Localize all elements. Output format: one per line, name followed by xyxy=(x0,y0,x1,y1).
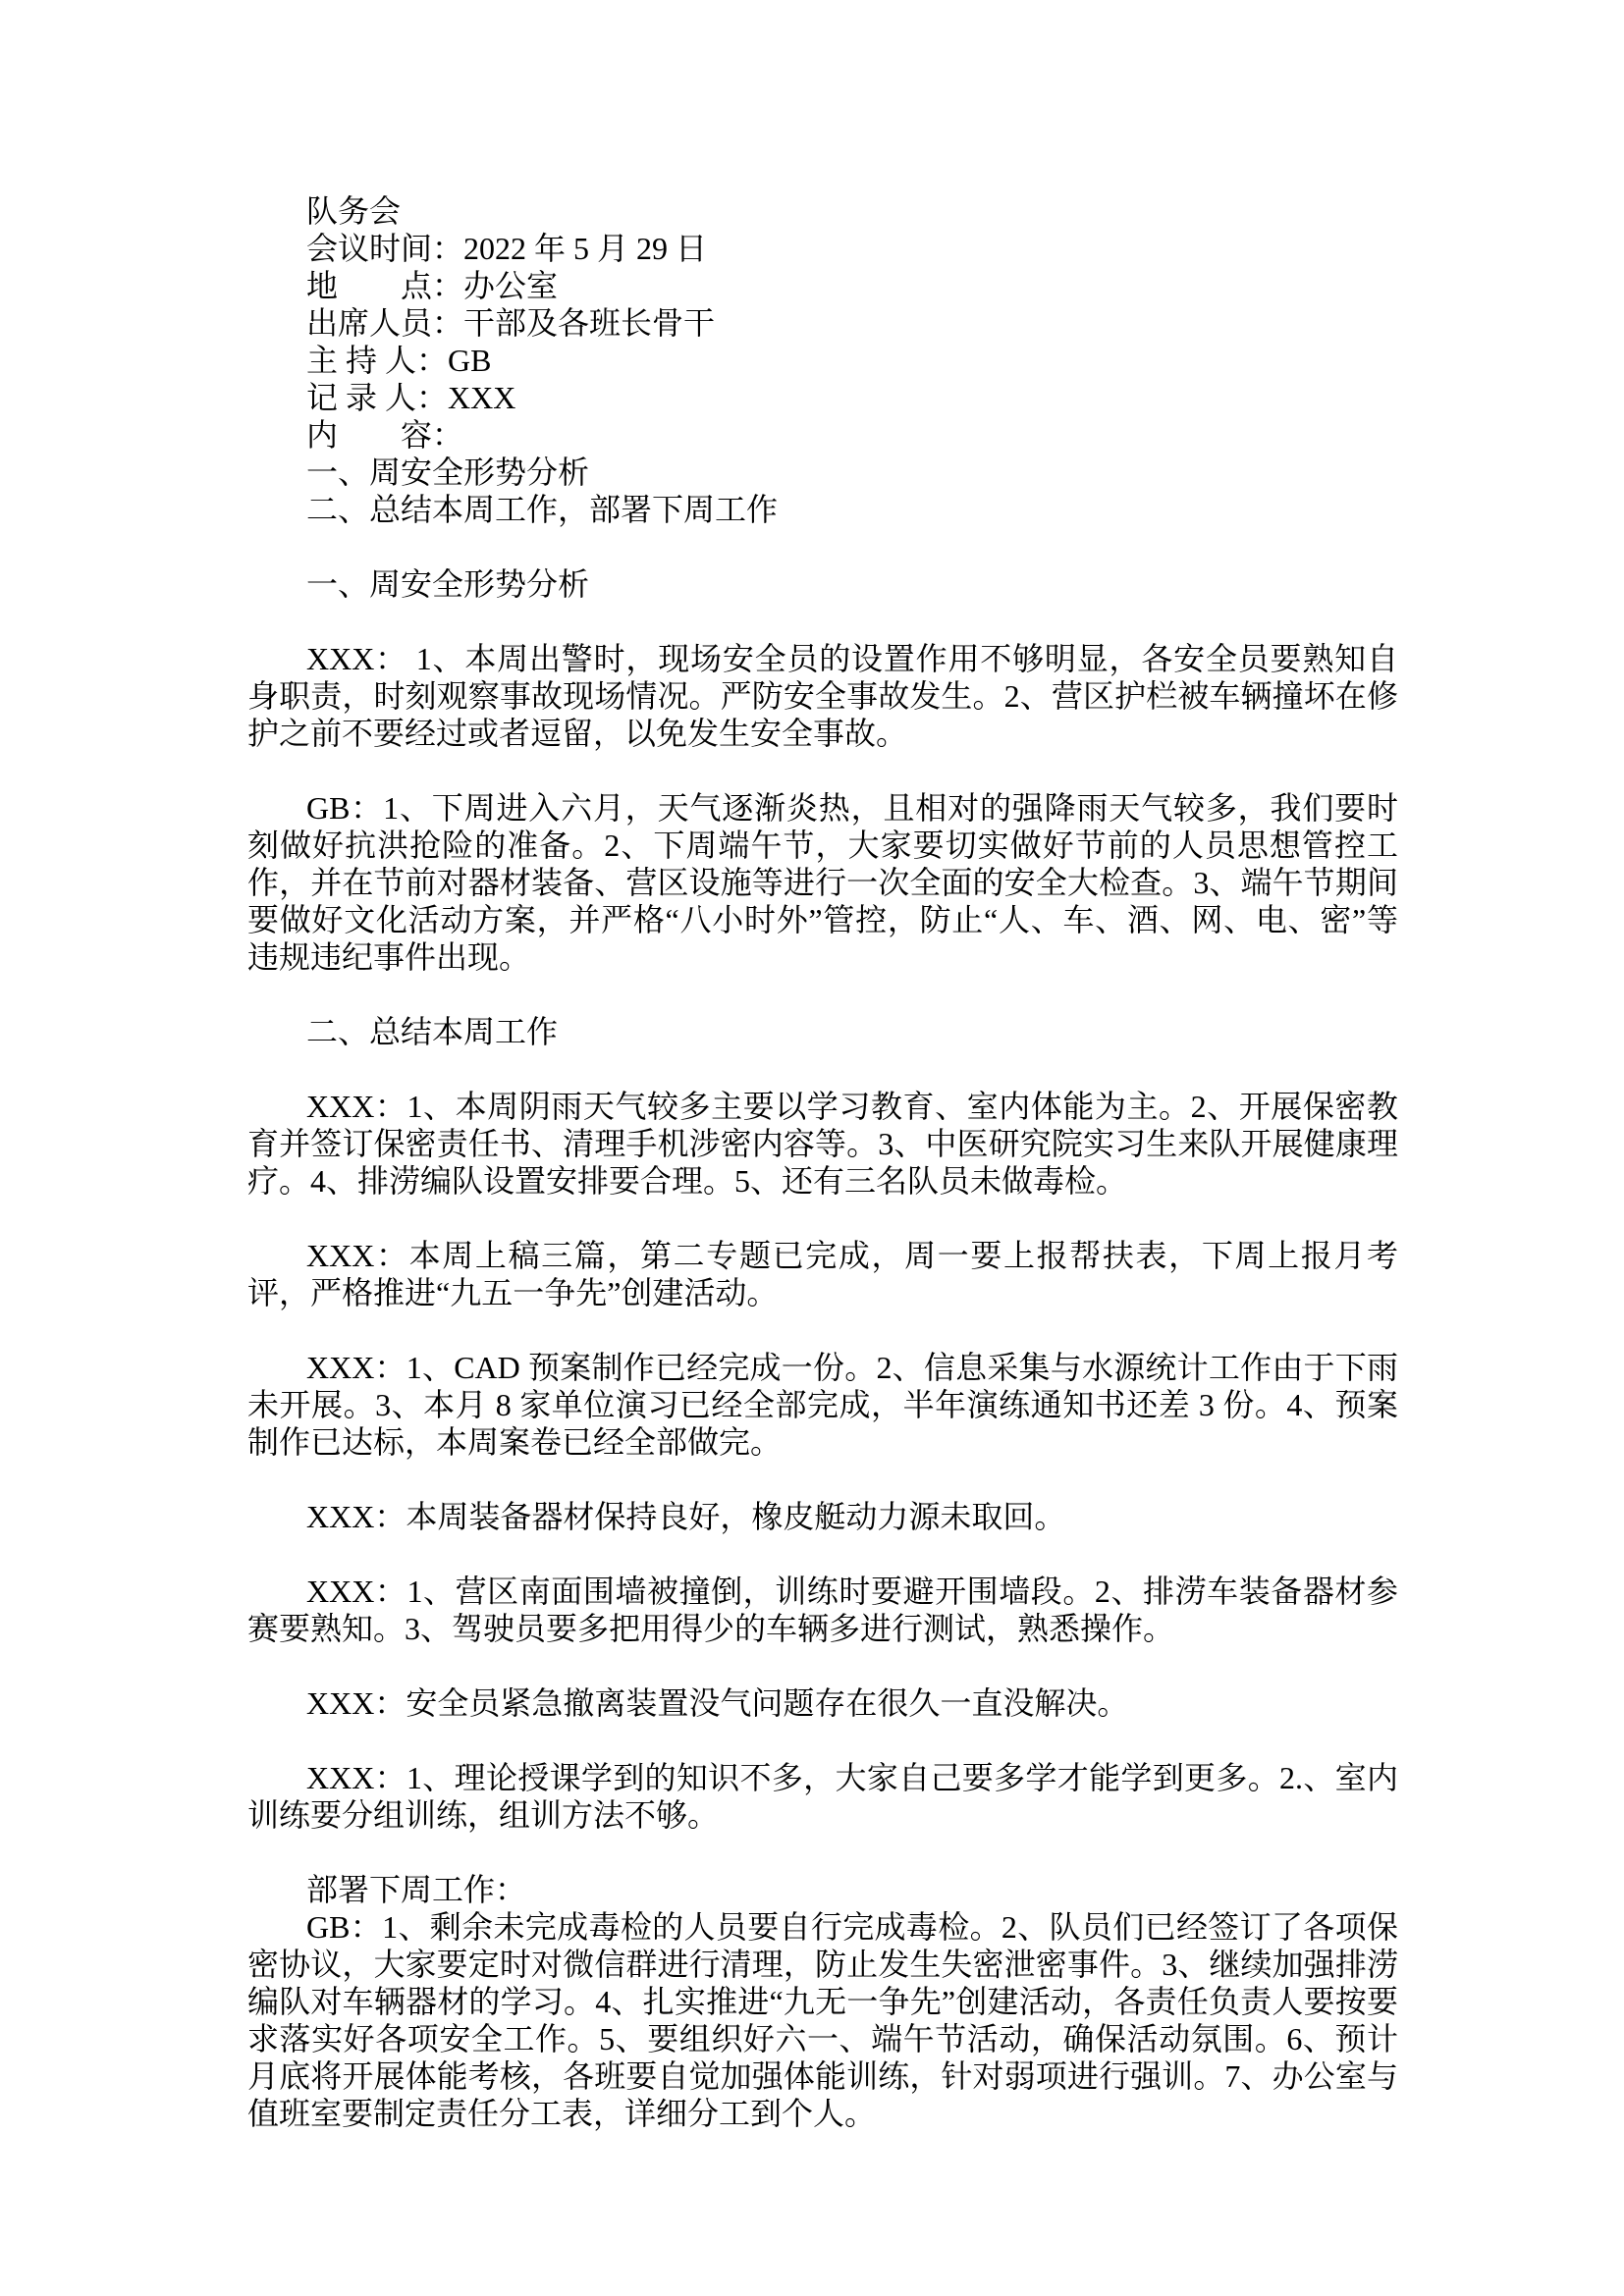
meta-line: 会议时间：2022 年 5 月 29 日 xyxy=(247,230,1398,267)
section-heading: 一、周安全形势分析 xyxy=(247,565,1398,603)
paragraph: XXX：本周上稿三篇，第二专题已完成，周一要上报帮扶表，下周上报月考评，严格推进… xyxy=(247,1237,1398,1311)
section-heading: 部署下周工作： xyxy=(247,1871,1398,1908)
agenda-block: 一、周安全形势分析二、总结本周工作，部署下周工作 xyxy=(247,454,1398,528)
paragraph: XXX：本周装备器材保持良好，橡皮艇动力源未取回。 xyxy=(247,1498,1398,1535)
section-heading: 二、总结本周工作 xyxy=(247,1013,1398,1050)
meta-block: 会议时间：2022 年 5 月 29 日地 点：办公室出席人员：干部及各班长骨干… xyxy=(247,230,1398,454)
paragraph: XXX：1、理论授课学到的知识不多，大家自己要多学才能学到更多。2.、室内训练要… xyxy=(247,1759,1398,1834)
paragraph: XXX： 1、本周出警时，现场安全员的设置作用不够明显，各安全员要熟知自身职责，… xyxy=(247,640,1398,752)
meta-line: 出席人员：干部及各班长骨干 xyxy=(247,304,1398,342)
doc-title: 队务会 xyxy=(247,192,1398,230)
agenda-item: 一、周安全形势分析 xyxy=(247,454,1398,491)
meta-line: 内 容： xyxy=(247,416,1398,454)
paragraph: GB：1、剩余未完成毒检的人员要自行完成毒检。2、队员们已经签订了各项保密协议，… xyxy=(247,1908,1398,2132)
meta-line: 地 点：办公室 xyxy=(247,267,1398,304)
paragraph: XXX：1、营区南面围墙被撞倒，训练时要避开围墙段。2、排涝车装备器材参赛要熟知… xyxy=(247,1573,1398,1647)
paragraph: GB：1、下周进入六月，天气逐渐炎热，且相对的强降雨天气较多，我们要时刻做好抗洪… xyxy=(247,789,1398,976)
meta-line: 主 持 人：GB xyxy=(247,342,1398,379)
meta-line: 记 录 人：XXX xyxy=(247,379,1398,416)
sections-block: 一、周安全形势分析XXX： 1、本周出警时，现场安全员的设置作用不够明显，各安全… xyxy=(247,565,1398,2132)
paragraph: XXX：1、CAD 预案制作已经完成一份。2、信息采集与水源统计工作由于下雨未开… xyxy=(247,1349,1398,1461)
meeting-minutes: 队务会 会议时间：2022 年 5 月 29 日地 点：办公室出席人员：干部及各… xyxy=(247,192,1398,2132)
paragraph: XXX：1、本周阴雨天气较多主要以学习教育、室内体能为主。2、开展保密教育并签订… xyxy=(247,1088,1398,1200)
paragraph: XXX：安全员紧急撤离装置没气问题存在很久一直没解决。 xyxy=(247,1684,1398,1722)
agenda-item: 二、总结本周工作，部署下周工作 xyxy=(247,491,1398,528)
document-page: 队务会 会议时间：2022 年 5 月 29 日地 点：办公室出席人员：干部及各… xyxy=(0,0,1624,2296)
